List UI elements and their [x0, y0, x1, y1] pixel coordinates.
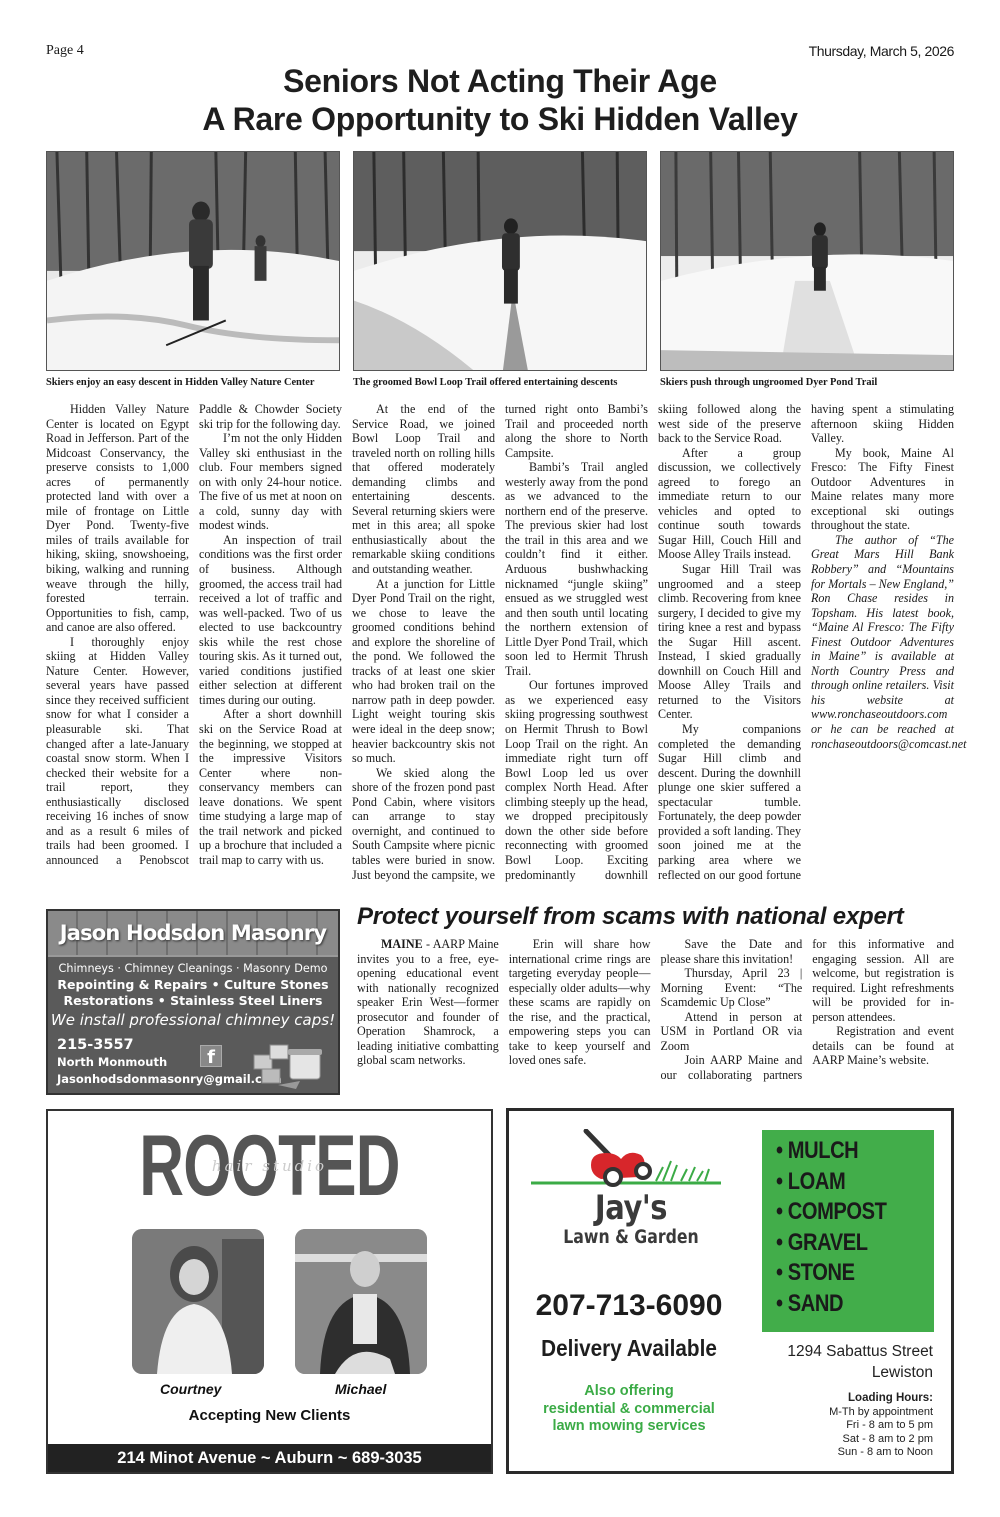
product-item: • STONE — [776, 1258, 906, 1289]
article-paragraph: Bambi’s Trail angled westerly away from … — [505, 460, 648, 678]
article-paragraph: At a junction for Little Dyer Pond Trail… — [352, 577, 495, 766]
rooted-logo-script: hair studio — [48, 1157, 491, 1175]
jays-hours-row: Sat - 8 am to 2 pm — [829, 1433, 933, 1447]
photo-caption-2: The groomed Bowl Loop Trail offered ente… — [353, 377, 617, 388]
masonry-ad-name: Jason Hodsdon Masonry — [48, 911, 338, 957]
photo-caption-3: Skiers push through ungroomed Dyer Pond … — [660, 377, 877, 388]
jays-also-line-3: lawn mowing services — [509, 1418, 749, 1436]
article-paragraph: An inspection of trail conditions was th… — [199, 533, 342, 708]
scam-article-title: Protect yourself from scams with nationa… — [357, 903, 904, 931]
stylist-name-michael: Michael — [335, 1381, 386, 1397]
article-paragraph: After a group discussion, we collectivel… — [658, 446, 801, 562]
masonry-services-line-1: Chimneys · Chimney Cleanings · Masonry D… — [48, 961, 338, 977]
article-paragraph: My book, Maine Al Fresco: The Fifty Fine… — [811, 446, 954, 533]
jays-loading-hours: Loading Hours: M-Th by appointment Fri -… — [829, 1392, 933, 1460]
masonry-services: Chimneys · Chimney Cleanings · Masonry D… — [48, 961, 338, 1009]
jays-delivery: Delivery Available — [521, 1335, 737, 1362]
scam-paragraph: Registration and event details can be fo… — [812, 1024, 954, 1068]
rooted-hair-studio-ad: ROOTED hair studio Courtney Michael Acce… — [46, 1109, 493, 1474]
headline-line-2: A Rare Opportunity to Ski Hidden Valley — [0, 100, 1000, 138]
scam-paragraph: Attend in person at USM in Portland OR v… — [661, 1010, 803, 1054]
jays-address-line-1: 1294 Sabattus Street — [787, 1341, 933, 1362]
jays-products-box: • MULCH • LOAM • COMPOST • GRAVEL • STON… — [762, 1130, 934, 1332]
masonry-services-line-3: Restorations • Stainless Steel Liners — [48, 993, 338, 1009]
product-item: • GRAVEL — [776, 1228, 906, 1259]
article-paragraph: Sugar Hill Trail was ungroomed and a ste… — [658, 562, 801, 722]
masonry-tagline: We install professional chimney caps! — [48, 1011, 338, 1029]
jays-also-line-2: residential & commercial — [509, 1401, 749, 1419]
jays-also-line-1: Also offering — [509, 1383, 749, 1401]
jays-brand-subtitle: Lawn & Garden — [546, 1227, 716, 1249]
photo-skiers-descent — [46, 151, 340, 371]
facebook-icon: f — [200, 1045, 222, 1067]
jays-hours-row: Fri - 8 am to 5 pm — [829, 1419, 933, 1433]
article-paragraph: Hidden Valley Nature Center is located o… — [46, 402, 189, 635]
scam-paragraph: Save the Date and please share this invi… — [661, 937, 803, 966]
product-item: • SAND — [776, 1289, 906, 1320]
article-paragraph: At the end of the Service Road, we joine… — [352, 402, 495, 577]
rooted-address-bar: 214 Minot Avenue ~ Auburn ~ 689-3035 — [48, 1444, 491, 1472]
jays-brand: Jay's Lawn & Garden — [531, 1189, 731, 1249]
bricks-icon — [248, 1041, 328, 1089]
product-item: • COMPOST — [776, 1197, 906, 1228]
scam-paragraph: Erin will share how international crime … — [509, 937, 651, 1068]
author-bio: The author of “The Great Mars Hill Bank … — [811, 533, 954, 751]
page-number: Page 4 — [46, 43, 84, 59]
jays-brand-name: Jay's — [546, 1189, 716, 1227]
accepting-new-clients: Accepting New Clients — [48, 1407, 491, 1424]
product-item: • LOAM — [776, 1167, 906, 1198]
scam-article-body: MAINE - AARP Maine invites you to a free… — [357, 937, 954, 1085]
jays-also-offering: Also offering residential & commercial l… — [509, 1383, 749, 1436]
photo-caption-1: Skiers enjoy an easy descent in Hidden V… — [46, 377, 315, 388]
jays-hours-row: M-Th by appointment — [829, 1406, 933, 1420]
article-headline: Seniors Not Acting Their Age A Rare Oppo… — [0, 62, 1000, 138]
scam-paragraph: Thursday, April 23 | Morning Event: “The… — [661, 966, 803, 1010]
article-body: Hidden Valley Nature Center is located o… — [46, 402, 954, 892]
jays-phone: 207-713-6090 — [509, 1289, 749, 1323]
masonry-services-line-2: Repointing & Repairs • Culture Stones — [48, 977, 338, 993]
article-paragraph: After a short downhill ski on the Servic… — [199, 707, 342, 867]
jays-lawn-garden-ad: Jay's Lawn & Garden 207-713-6090 Deliver… — [506, 1108, 954, 1474]
jays-address: 1294 Sabattus Street Lewiston — [787, 1341, 933, 1383]
photo-dyer-pond-trail — [660, 151, 954, 371]
jays-hours-row: Sun - 8 am to Noon — [829, 1446, 933, 1460]
photo-bowl-loop-trail — [353, 151, 647, 371]
jays-hours-title: Loading Hours: — [829, 1392, 933, 1406]
masonry-ad: Jason Hodsdon Masonry Chimneys · Chimney… — [46, 909, 340, 1095]
stylist-photo-courtney — [132, 1229, 264, 1374]
headline-line-1: Seniors Not Acting Their Age — [0, 62, 1000, 100]
scam-lede: - AARP Maine invites you to a free, eye-… — [357, 937, 499, 1067]
jays-address-line-2: Lewiston — [787, 1362, 933, 1383]
scam-paragraph: MAINE - AARP Maine invites you to a free… — [357, 937, 499, 1068]
scam-dateline: MAINE — [381, 937, 423, 951]
issue-date: Thursday, March 5, 2026 — [809, 43, 954, 59]
article-paragraph: I’m not the only Hidden Valley ski enthu… — [199, 431, 342, 533]
lawn-mower-icon — [531, 1129, 721, 1189]
stylist-photo-michael — [295, 1229, 427, 1374]
stylist-name-courtney: Courtney — [160, 1381, 221, 1397]
product-item: • MULCH — [776, 1136, 906, 1167]
